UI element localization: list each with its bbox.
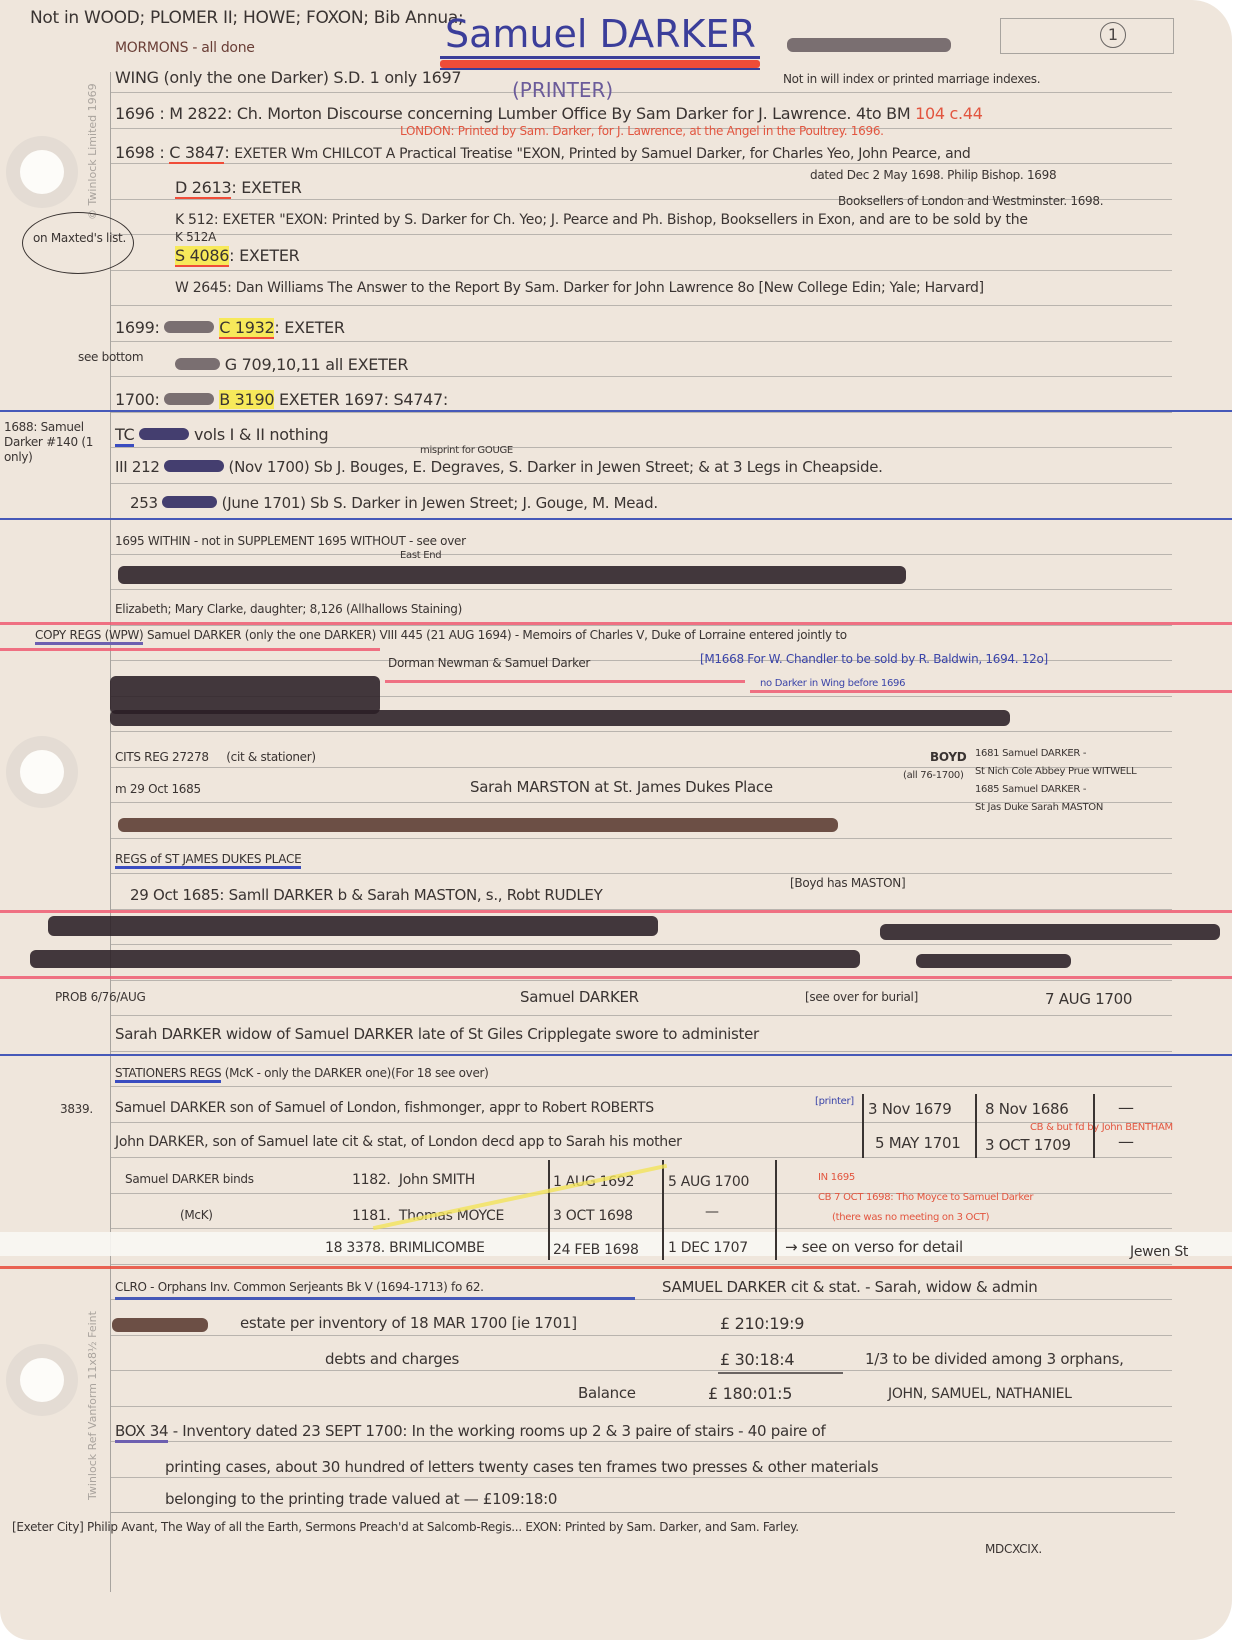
printer-credit: © Twinlock Limited 1969 (86, 83, 99, 220)
binds-label: Samuel DARKER binds (125, 1172, 254, 1186)
crossed-out-text (787, 38, 951, 52)
ruled-line (110, 1406, 1172, 1407)
boyd-line: St Nich Cole Abbey Prue WITWELL (975, 766, 1136, 777)
printer-tag: [printer] (815, 1096, 854, 1107)
form-ref: Twinlock Ref Vanform 11x8½ Feint (86, 1311, 99, 1500)
binds-date: 1 DEC 1707 (668, 1240, 748, 1256)
burial-note: [see over for burial] (805, 990, 918, 1004)
ruled-line (110, 731, 1172, 732)
ruled-line (110, 1228, 1172, 1229)
not-in-list: Not in WOOD; PLOMER II; HOWE; FOXON; Bib… (30, 8, 463, 28)
crossed-out-text (164, 321, 214, 333)
orphans-note: 1/3 to be divided among 3 orphans, (865, 1350, 1124, 1368)
boyd-line: 1681 Samuel DARKER - (975, 748, 1086, 759)
tc-entry: 253 (June 1701) Sb S. Darker in Jewen St… (130, 494, 658, 512)
cits-reg-entry: CITS REG 27278 (cit & stationer) (115, 750, 316, 764)
crossed-out-line (30, 950, 860, 968)
wing-entry: 1698 : C 3847: EXETER Wm CHILCOT A Pract… (115, 143, 971, 162)
wing-entry: S 4086: EXETER (175, 246, 299, 265)
footer-entry: [Exeter City] Philip Avant, The Way of a… (12, 1520, 799, 1534)
wing-entry: 1696 : M 2822: Ch. Morton Discourse conc… (115, 104, 983, 123)
ruled-line (110, 1122, 1172, 1123)
see-bottom-note: see bottom (78, 350, 143, 364)
boyd-maston-note: [Boyd has MASTON] (790, 876, 905, 890)
marriage-date: m 29 Oct 1685 (115, 782, 201, 796)
ruled-line (110, 838, 1172, 839)
verso-note: → see on verso for detail (785, 1238, 963, 1256)
crossed-out-line (110, 710, 1010, 726)
mck-label: (McK) (180, 1208, 213, 1222)
wing-entry: 1700: B 3190 EXETER 1697: S4747: (115, 390, 448, 409)
table-divider (662, 1160, 664, 1260)
ruled-line (110, 589, 1172, 590)
ruled-line (110, 92, 1172, 93)
boyd-line: 1685 Samuel DARKER - (975, 784, 1086, 795)
clro-label: CLRO - Orphans Inv. Common Serjeants Bk … (115, 1280, 484, 1294)
crossed-out-line (916, 954, 1071, 968)
pink-divider (0, 648, 380, 651)
dash: — (1118, 1132, 1134, 1151)
tc-entry: III 212 (Nov 1700) Sb J. Bouges, E. Degr… (115, 458, 883, 476)
red-note: IN 1695 (818, 1172, 855, 1183)
ruled-line (110, 1335, 1172, 1336)
ruled-line (110, 412, 1172, 413)
wing-entry: K 512: EXETER "EXON: Printed by S. Darke… (175, 212, 1028, 228)
table-divider (775, 1160, 777, 1260)
binds-date: — (705, 1204, 719, 1220)
ruled-line (110, 376, 1172, 377)
crossed-out-block (110, 676, 380, 714)
ruled-line (110, 1157, 1172, 1158)
wing-entry: G 709,10,11 all EXETER (175, 355, 408, 374)
ruled-line (110, 1051, 1172, 1052)
copy-regs-entry: COPY REGS (WPW) Samuel DARKER (only the … (35, 628, 847, 642)
crossed-out-text (164, 460, 224, 472)
estate-value: £ 210:19:9 (720, 1314, 804, 1333)
crossed-out-line (118, 818, 838, 832)
apprentice-date: 5 MAY 1701 (875, 1134, 960, 1152)
crossed-out-line (118, 566, 906, 584)
ruled-line (110, 341, 1172, 342)
orphan-names: JOHN, SAMUEL, NATHANIEL (888, 1386, 1072, 1402)
mormons-note: MORMONS - all done (115, 40, 255, 56)
crossed-out-text (162, 496, 217, 508)
section-divider (0, 1054, 1232, 1056)
within-line: 1695 WITHIN - not in SUPPLEMENT 1695 WIT… (115, 534, 466, 548)
sum-line (718, 1372, 843, 1374)
footer-year: MDCXCIX. (985, 1542, 1042, 1556)
stationers-header: STATIONERS REGS (McK - only the DARKER o… (115, 1066, 489, 1080)
stationers-number: 3839. (60, 1102, 93, 1116)
margin-line (110, 72, 111, 1592)
ruled-line (110, 1086, 1172, 1087)
binds-row: 18 3378. BRIMLICOMBE (325, 1240, 485, 1256)
boyd-range: (all 76-1700) (903, 770, 964, 781)
ruled-line (110, 625, 1172, 626)
copy-regs-bracket: [M1668 For W. Chandler to be sold by R. … (700, 652, 1048, 666)
pink-divider (0, 976, 1232, 979)
clro-heading: SAMUEL DARKER cit & stat. - Sarah, widow… (662, 1278, 1037, 1296)
crossed-out-text (164, 393, 214, 405)
wing-entry: W 2645: Dan Williams The Answer to the R… (175, 280, 984, 296)
ruled-line (110, 944, 1172, 945)
clro-underline (115, 1297, 635, 1300)
apprentice-date: 3 Nov 1679 (868, 1100, 952, 1118)
title-underline (440, 56, 760, 59)
balance-value: £ 180:01:5 (708, 1384, 792, 1403)
tc-margin-note: 1688: Samuel Darker #140 (1 only) (4, 420, 104, 465)
ruled-line (110, 1264, 1172, 1265)
wing-entry: D 2613: EXETER (175, 178, 302, 197)
table-divider (975, 1094, 977, 1158)
bentham-note: CB & but fd by John BENTHAM (1030, 1122, 1173, 1133)
wing-entry: K 512A (175, 230, 216, 244)
box34-line: belonging to the printing trade valued a… (165, 1490, 557, 1508)
not-in-will-note: Not in will index or printed marriage in… (783, 72, 1040, 86)
balance-label: Balance (578, 1384, 636, 1402)
freedom-date: 3 OCT 1709 (985, 1136, 1071, 1154)
copy-regs-note: no Darker in Wing before 1696 (760, 678, 905, 689)
ruled-line (110, 1370, 1172, 1371)
ruled-line (110, 447, 1172, 448)
table-divider (1093, 1094, 1095, 1158)
punch-hole (20, 1358, 64, 1402)
section-divider (0, 518, 1232, 520)
stationers-row: John DARKER, son of Samuel late cit & st… (115, 1134, 682, 1150)
pink-divider (0, 622, 1232, 625)
prob-name: Samuel DARKER (520, 988, 639, 1006)
ruled-line (110, 483, 1172, 484)
crossed-out-text (139, 428, 189, 440)
ruled-line (110, 1441, 1172, 1442)
crossed-out-line (48, 916, 658, 936)
pink-divider (385, 680, 745, 683)
prob-ref: PROB 6/76/AUG (55, 990, 145, 1004)
ruled-line (110, 980, 1172, 981)
prob-date: 7 AUG 1700 (1045, 990, 1132, 1008)
misprint-note: misprint for GOUGE (420, 445, 513, 456)
tc-entry: TC vols I & II nothing (115, 425, 328, 444)
punch-hole (20, 150, 64, 194)
regs-st-james-label: REGS of ST JAMES DUKES PLACE (115, 852, 301, 869)
pink-divider (750, 690, 1232, 693)
crossed-out-text (112, 1318, 208, 1332)
stationers-row: Samuel DARKER son of Samuel of London, f… (115, 1100, 654, 1116)
jewen-note: Jewen St (1130, 1244, 1188, 1260)
wing-note: WING (only the one Darker) S.D. 1 only 1… (115, 68, 461, 87)
estate-line: estate per inventory of 18 MAR 1700 [ie … (240, 1314, 577, 1332)
occupation-label: (PRINTER) (512, 78, 613, 102)
ruled-line (110, 234, 1172, 235)
binds-row: 1182. John SMITH (352, 1172, 475, 1188)
elizabeth-note: Elizabeth; Mary Clarke, daughter; 8,126 … (115, 602, 462, 616)
table-divider (862, 1094, 864, 1158)
wing-imprint-red: LONDON: Printed by Sam. Darker, for J. L… (400, 124, 884, 138)
punch-hole (20, 750, 64, 794)
freedom-date: 8 Nov 1686 (985, 1100, 1069, 1118)
debts-value: £ 30:18:4 (720, 1350, 794, 1369)
red-note: (there was no meeting on 3 OCT) (832, 1212, 989, 1223)
title-underline (440, 60, 760, 68)
boyd-line: St Jas Duke Sarah MASTON (975, 802, 1103, 813)
maxted-list-note: on Maxted's list. (32, 230, 127, 246)
box34-line: printing cases, about 30 hundred of lett… (165, 1458, 878, 1476)
wing-entry: 1699: C 1932: EXETER (115, 318, 345, 337)
dash: — (1118, 1098, 1134, 1117)
debts-label: debts and charges (325, 1350, 459, 1368)
wife-name: Sarah MARSTON at St. James Dukes Place (470, 778, 773, 796)
crossed-out-line (880, 924, 1220, 940)
regs-st-james-entry: 29 Oct 1685: Samll DARKER b & Sarah MAST… (130, 886, 602, 904)
section-divider (0, 410, 1232, 412)
binds-date: 24 FEB 1698 (553, 1242, 639, 1258)
page-title: Samuel DARKER (445, 12, 756, 56)
card-bottom-line (110, 1512, 1175, 1513)
binds-date: 3 OCT 1698 (553, 1208, 633, 1224)
copy-regs-line2: Dorman Newman & Samuel Darker (388, 656, 590, 670)
ruled-line (110, 305, 1172, 306)
prob-admin-line: Sarah DARKER widow of Samuel DARKER late… (115, 1025, 759, 1043)
ruled-line (110, 163, 1172, 164)
boyd-label: BOYD (930, 750, 966, 764)
card-number-box (1000, 18, 1174, 54)
index-card: © Twinlock Limited 1969 Twinlock Ref Van… (0, 0, 1232, 1640)
title-underline (440, 68, 760, 70)
ruled-line (110, 1015, 1172, 1016)
pink-divider (0, 910, 1232, 913)
page-number: 1 (1100, 22, 1126, 48)
wing-continuation: Booksellers of London and Westminster. 1… (838, 194, 1103, 208)
ruled-line (110, 1477, 1172, 1478)
binds-date: 5 AUG 1700 (668, 1174, 749, 1190)
table-divider (548, 1160, 550, 1260)
red-note: CB 7 OCT 1698: Tho Moyce to Samuel Darke… (818, 1192, 1033, 1203)
ruled-line (110, 270, 1172, 271)
ruled-line (110, 873, 1172, 874)
box34-line: BOX 34 - Inventory dated 23 SEPT 1700: I… (115, 1422, 826, 1440)
east-end-note: East End (400, 550, 441, 561)
wing-continuation: dated Dec 2 May 1698. Philip Bishop. 169… (810, 168, 1056, 182)
crossed-out-text (175, 358, 220, 370)
ruled-line (110, 554, 1172, 555)
red-divider (0, 1266, 1232, 1269)
